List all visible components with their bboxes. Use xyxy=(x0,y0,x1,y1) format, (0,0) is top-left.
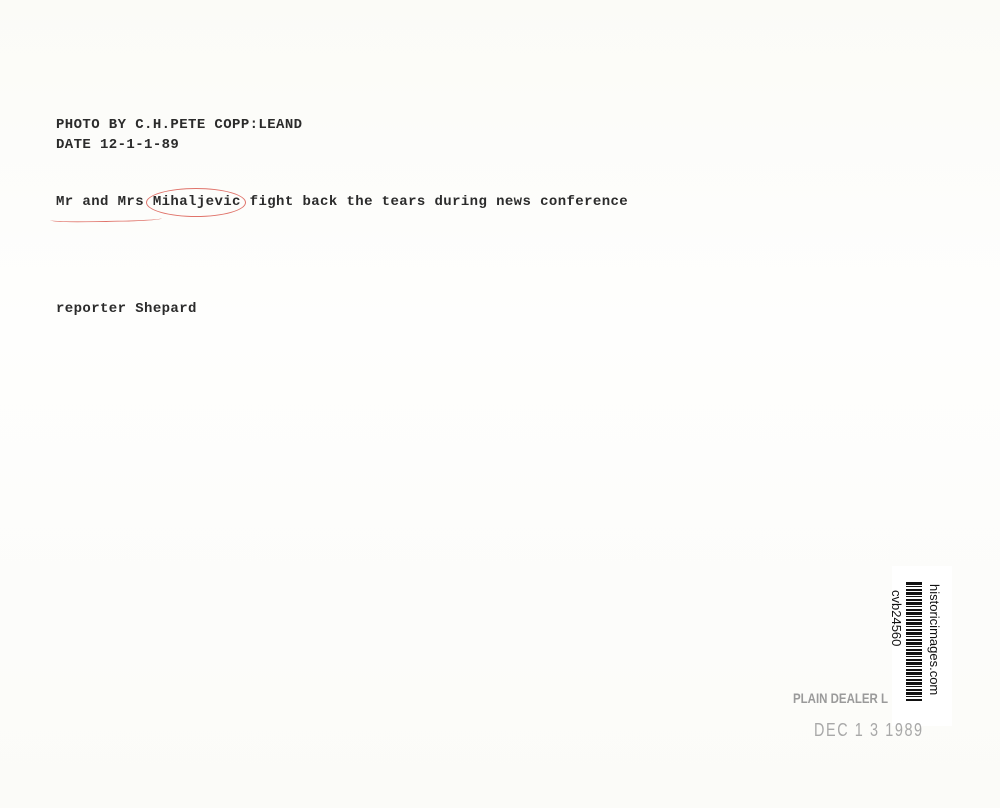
library-stamp: PLAIN DEALER L xyxy=(793,690,888,706)
sticker-site: historicimages.com xyxy=(927,584,942,695)
photo-date: DATE 12-1-1-89 xyxy=(56,137,179,153)
photo-back-paper: PHOTO BY C.H.PETE COPP:LEAND DATE 12-1-1… xyxy=(0,0,1000,808)
date-stamp: DEC 1 3 1989 xyxy=(814,720,924,741)
caption: Mr and Mrs Mihaljevic fight back the tea… xyxy=(56,194,628,210)
circled-name: Mihaljevic xyxy=(153,194,241,210)
reporter-credit: reporter Shepard xyxy=(56,301,197,317)
red-underline-mark xyxy=(50,214,162,223)
sticker-code: cvb24560 xyxy=(889,590,904,646)
barcode-icon xyxy=(906,582,922,702)
caption-suffix: fight back the tears during news confere… xyxy=(241,194,628,210)
caption-prefix: Mr and Mrs xyxy=(56,194,153,210)
photo-credit: PHOTO BY C.H.PETE COPP:LEAND xyxy=(56,117,302,133)
